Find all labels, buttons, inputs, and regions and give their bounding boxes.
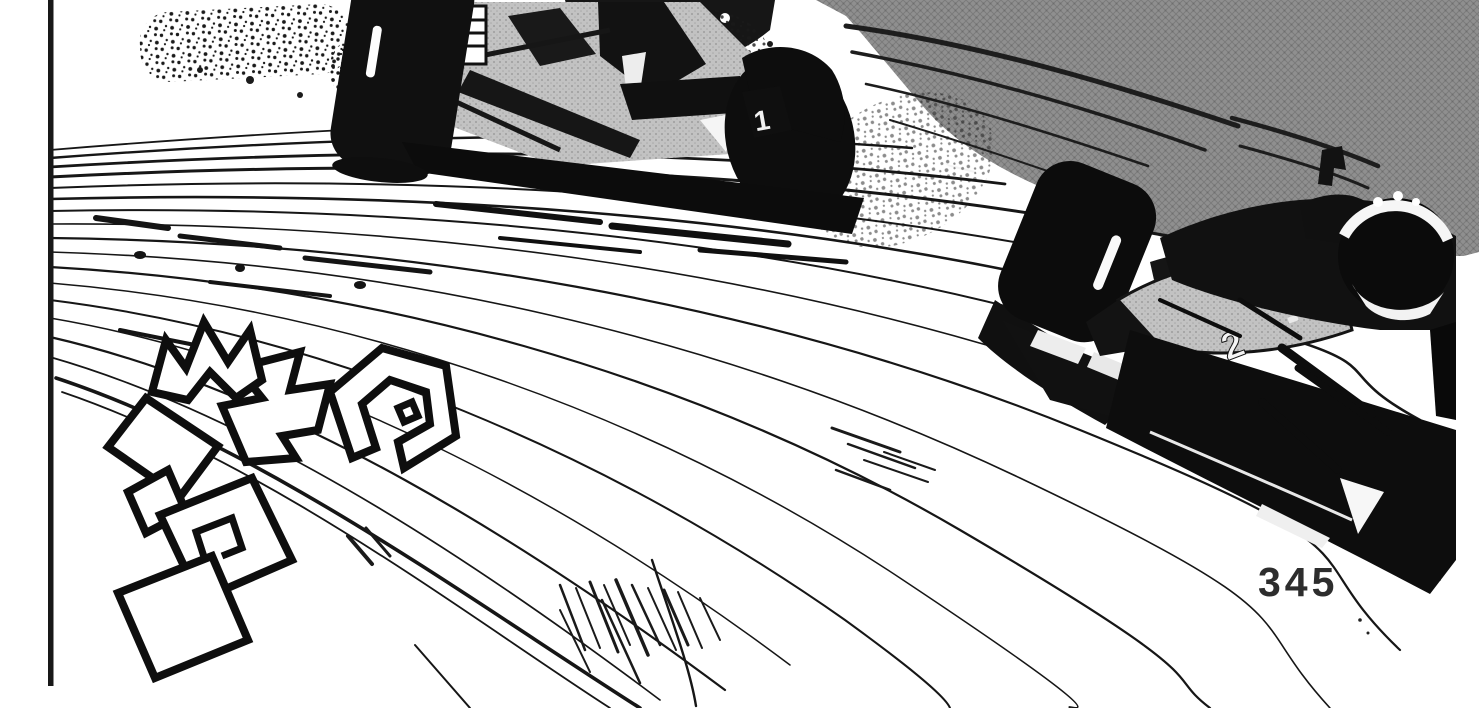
page-number: 345 (1258, 559, 1338, 605)
panel-border-left (48, 0, 54, 686)
page-margin-right (1456, 256, 1479, 708)
manga-page: 1 2 (0, 0, 1479, 708)
manga-panel-art: 1 2 (0, 0, 1479, 708)
